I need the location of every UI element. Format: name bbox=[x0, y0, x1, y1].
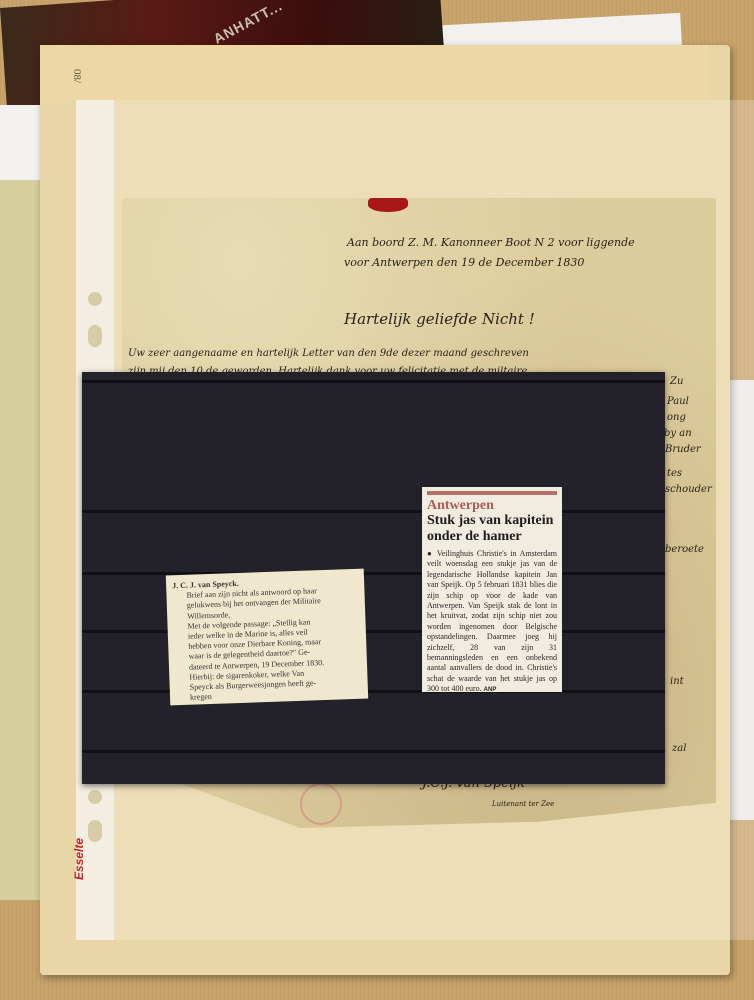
clipping-kicker: Antwerpen bbox=[427, 498, 557, 513]
clipping-headline: Stuk jas van kapitein onder de hamer bbox=[427, 513, 557, 545]
margin-word: Paul bbox=[667, 396, 689, 407]
margin-word: schouder bbox=[665, 484, 712, 495]
stock-strip bbox=[82, 380, 665, 383]
letter-salutation: Hartelijk geliefde Nicht ! bbox=[344, 310, 535, 328]
margin-word: beroete bbox=[665, 544, 704, 555]
red-wax-seal bbox=[368, 198, 408, 212]
punch-hole bbox=[88, 790, 102, 804]
letter-header-line-1: Aan boord Z. M. Kanonneer Boot N 2 voor … bbox=[347, 236, 635, 249]
clipping-body: ● Veilinghuis Christie's in Amsterdam ve… bbox=[427, 549, 557, 696]
bullet-icon: ● bbox=[427, 549, 437, 558]
white-paper-sheet-left bbox=[0, 105, 45, 185]
folder-torn-flap bbox=[40, 45, 710, 100]
pencil-annotation: 08/ bbox=[71, 69, 83, 83]
letter-body-line-1: Uw zeer aangenaame en hartelijk Letter v… bbox=[128, 348, 529, 359]
clipping-agency: ANP bbox=[484, 687, 497, 693]
punch-hole bbox=[88, 292, 102, 306]
red-archive-stamp bbox=[300, 783, 342, 825]
margin-word: tes bbox=[667, 468, 682, 479]
punch-hole bbox=[88, 325, 102, 347]
margin-word: by an bbox=[664, 428, 692, 439]
margin-word: int bbox=[670, 676, 684, 687]
margin-word: Zu bbox=[670, 376, 683, 387]
punch-hole bbox=[88, 820, 102, 842]
margin-word: ong bbox=[667, 412, 686, 423]
newspaper-clipping-van-speyck: J. C. J. van Speyck. Brief aan zijn nich… bbox=[166, 569, 368, 706]
stock-strip bbox=[82, 510, 665, 513]
newspaper-clipping-antwerpen: Antwerpen Stuk jas van kapitein onder de… bbox=[422, 487, 562, 692]
esselte-brand-logo: Esselte bbox=[72, 838, 86, 880]
letter-header-line-2: voor Antwerpen den 19 de December 1830 bbox=[344, 256, 584, 269]
stock-strip bbox=[82, 750, 665, 753]
clipping-body-text: Veilinghuis Christie's in Amsterdam veil… bbox=[427, 549, 557, 693]
clipping-header-bar bbox=[427, 491, 557, 495]
margin-word: Bruder bbox=[665, 444, 701, 455]
letter-signature-note: Luitenant ter Zee bbox=[492, 800, 554, 808]
margin-word: zal bbox=[672, 743, 686, 754]
